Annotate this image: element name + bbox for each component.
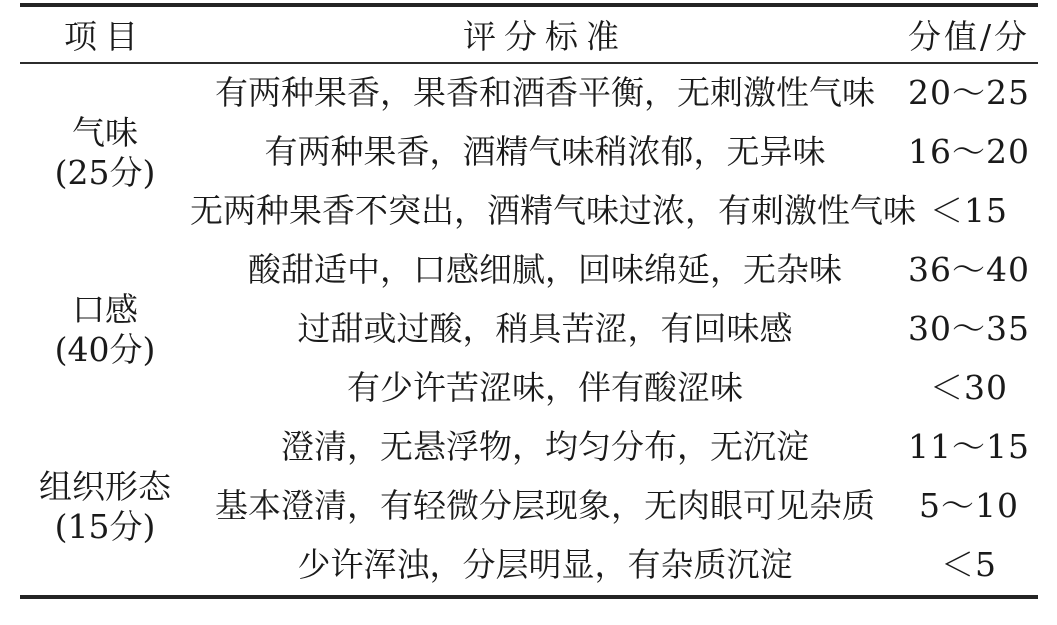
- criteria-cell: 过甜或过酸，稍具苦涩，有回味感: [190, 300, 900, 359]
- score-cell: 16～20: [900, 123, 1038, 182]
- item-points: (40分): [20, 330, 190, 370]
- score-cell: 36～40: [900, 241, 1038, 300]
- criteria-cell: 无两种果香不突出，酒精气味过浓，有刺激性气味: [190, 182, 900, 241]
- table-row: 气味 (25分) 有两种果香，果香和酒香平衡，无刺激性气味 20～25: [20, 63, 1038, 123]
- item-points: (15分): [20, 507, 190, 547]
- criteria-cell: 有少许苦涩味，伴有酸涩味: [190, 359, 900, 418]
- criteria-cell: 基本澄清，有轻微分层现象，无肉眼可见杂质: [190, 477, 900, 536]
- item-cell-taste: 口感 (40分): [20, 241, 190, 418]
- scoring-rubric-table: 项目 评分标准 分值/分 气味 (25分) 有两种果香，果香和酒香平衡，无刺激性…: [20, 3, 1038, 599]
- table-row: 口感 (40分) 酸甜适中，口感细腻，回味绵延，无杂味 36～40: [20, 241, 1038, 300]
- criteria-cell: 有两种果香，果香和酒香平衡，无刺激性气味: [190, 63, 900, 123]
- score-cell: ＜15: [900, 182, 1038, 241]
- score-cell: ＜30: [900, 359, 1038, 418]
- document-page: 项目 评分标准 分值/分 气味 (25分) 有两种果香，果香和酒香平衡，无刺激性…: [0, 0, 1057, 625]
- item-points: (25分): [20, 153, 190, 193]
- item-name: 组织形态: [20, 467, 190, 507]
- criteria-cell: 有两种果香，酒精气味稍浓郁，无异味: [190, 123, 900, 182]
- score-cell: 5～10: [900, 477, 1038, 536]
- column-header-criteria: 评分标准: [190, 5, 900, 63]
- criteria-cell: 澄清，无悬浮物，均匀分布，无沉淀: [190, 418, 900, 477]
- score-cell: ＜5: [900, 536, 1038, 597]
- item-name: 口感: [20, 290, 190, 330]
- item-name: 气味: [20, 113, 190, 153]
- score-cell: 20～25: [900, 63, 1038, 123]
- column-header-item: 项目: [20, 5, 190, 63]
- item-cell-appearance: 组织形态 (15分): [20, 418, 190, 597]
- criteria-cell: 少许浑浊，分层明显，有杂质沉淀: [190, 536, 900, 597]
- score-cell: 30～35: [900, 300, 1038, 359]
- score-cell: 11～15: [900, 418, 1038, 477]
- column-header-score: 分值/分: [900, 5, 1038, 63]
- item-cell-smell: 气味 (25分): [20, 63, 190, 241]
- criteria-cell: 酸甜适中，口感细腻，回味绵延，无杂味: [190, 241, 900, 300]
- header-row: 项目 评分标准 分值/分: [20, 5, 1038, 63]
- table-row: 组织形态 (15分) 澄清，无悬浮物，均匀分布，无沉淀 11～15: [20, 418, 1038, 477]
